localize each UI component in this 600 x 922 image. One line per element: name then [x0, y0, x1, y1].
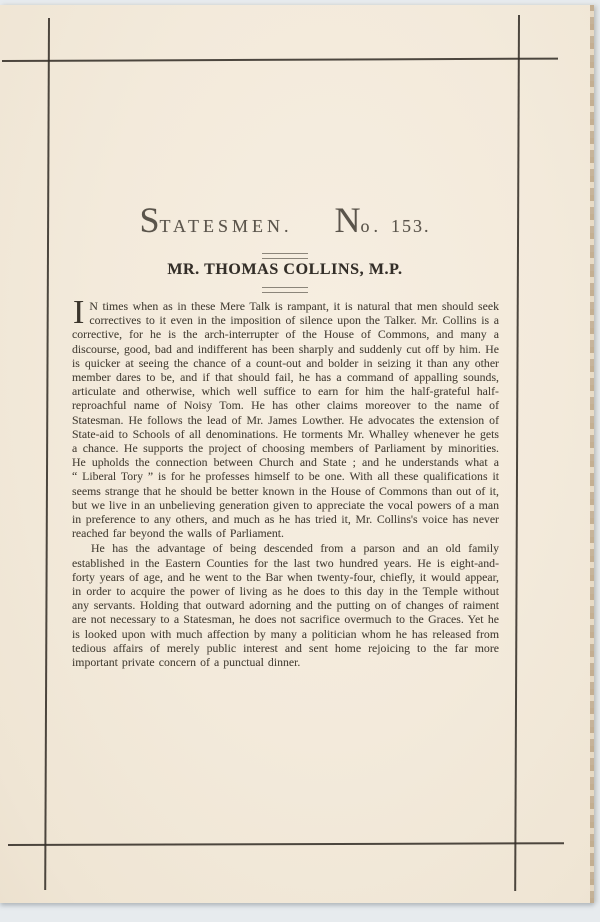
- series-name-text: TATESMEN.: [159, 216, 292, 236]
- scanned-page-background: STATESMEN. No.153. MR. THOMAS COLLINS, M…: [0, 0, 600, 922]
- paragraph-1: IN times when as in these Mere Talk is r…: [72, 299, 499, 540]
- series-name: STATESMEN.: [139, 202, 292, 238]
- paragraph-1-text: N times when as in these Mere Talk is ra…: [72, 299, 499, 540]
- series-number-text: o.: [361, 216, 383, 236]
- drop-cap: I: [72, 299, 89, 326]
- series-title: STATESMEN. No.153.: [50, 202, 520, 238]
- page-heading: MR. THOMAS COLLINS, M.P.: [50, 261, 520, 279]
- title-divider-bottom: [262, 287, 308, 293]
- series-number-initial: N: [335, 200, 361, 240]
- series-number: No.153.: [335, 202, 431, 238]
- series-name-initial: S: [139, 200, 159, 240]
- paragraph-2: He has the advantage of being descended …: [72, 541, 499, 669]
- title-divider-top: [262, 253, 308, 259]
- series-number-value: 153.: [391, 216, 431, 236]
- article-body: IN times when as in these Mere Talk is r…: [72, 299, 499, 669]
- paper-deckle-edge: [590, 5, 594, 903]
- page-content: STATESMEN. No.153. MR. THOMAS COLLINS, M…: [50, 0, 520, 922]
